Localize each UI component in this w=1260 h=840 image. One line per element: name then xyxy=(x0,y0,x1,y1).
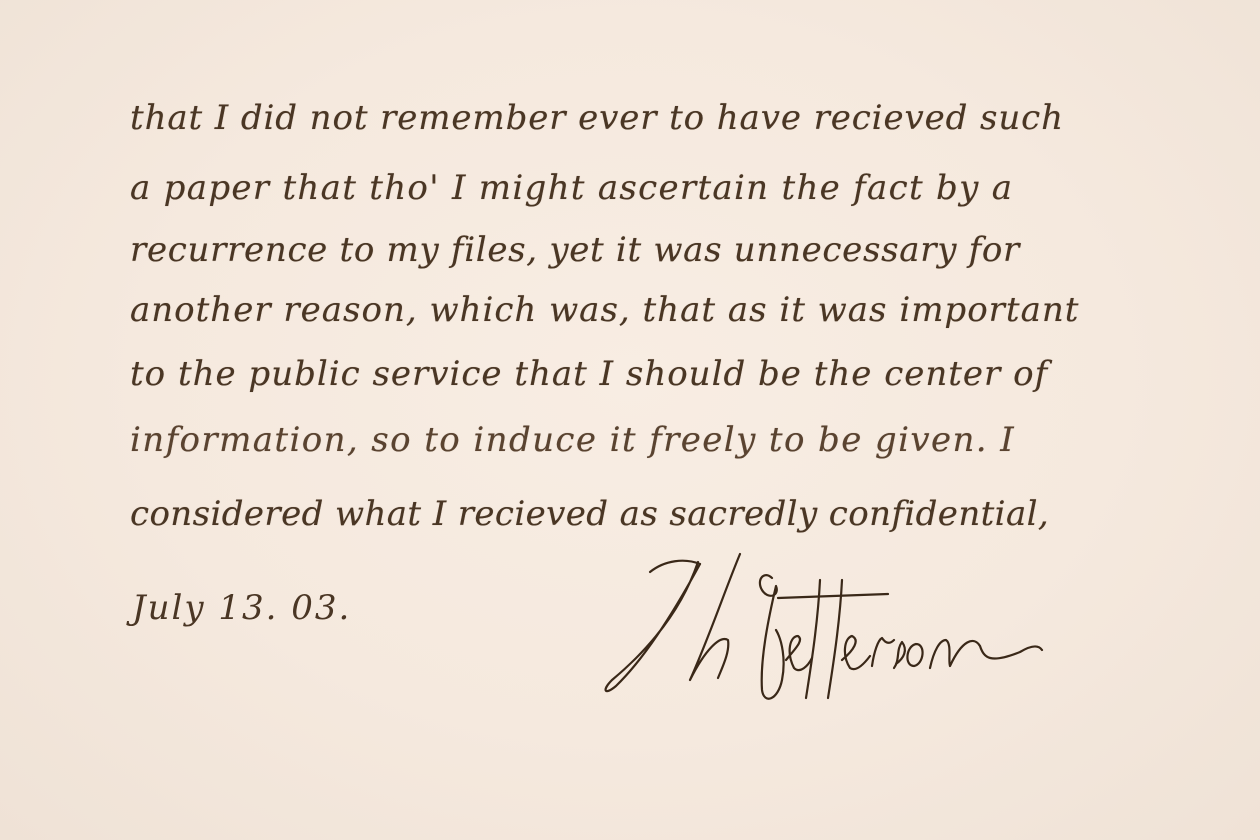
letter-line-3: recurrence to my files, yet it was unnec… xyxy=(130,230,1020,270)
signature: Th: Jefferson xyxy=(590,540,1050,710)
letter-line-5: to the public service that I should be t… xyxy=(130,354,1048,394)
letter-line-7: considered what I recieved as sacredly c… xyxy=(130,494,1049,534)
letter-line-4: another reason, which was, that as it wa… xyxy=(130,290,1079,330)
letter-line-2: a paper that tho' I might ascertain the … xyxy=(130,168,1013,208)
letter-line-6: information, so to induce it freely to b… xyxy=(130,420,1015,460)
letter-date: July 13. 03. xyxy=(132,588,351,628)
signature-flourish-icon xyxy=(590,540,1050,710)
letter-page: that I did not remember ever to have rec… xyxy=(0,0,1260,840)
letter-line-1: that I did not remember ever to have rec… xyxy=(130,98,1064,138)
